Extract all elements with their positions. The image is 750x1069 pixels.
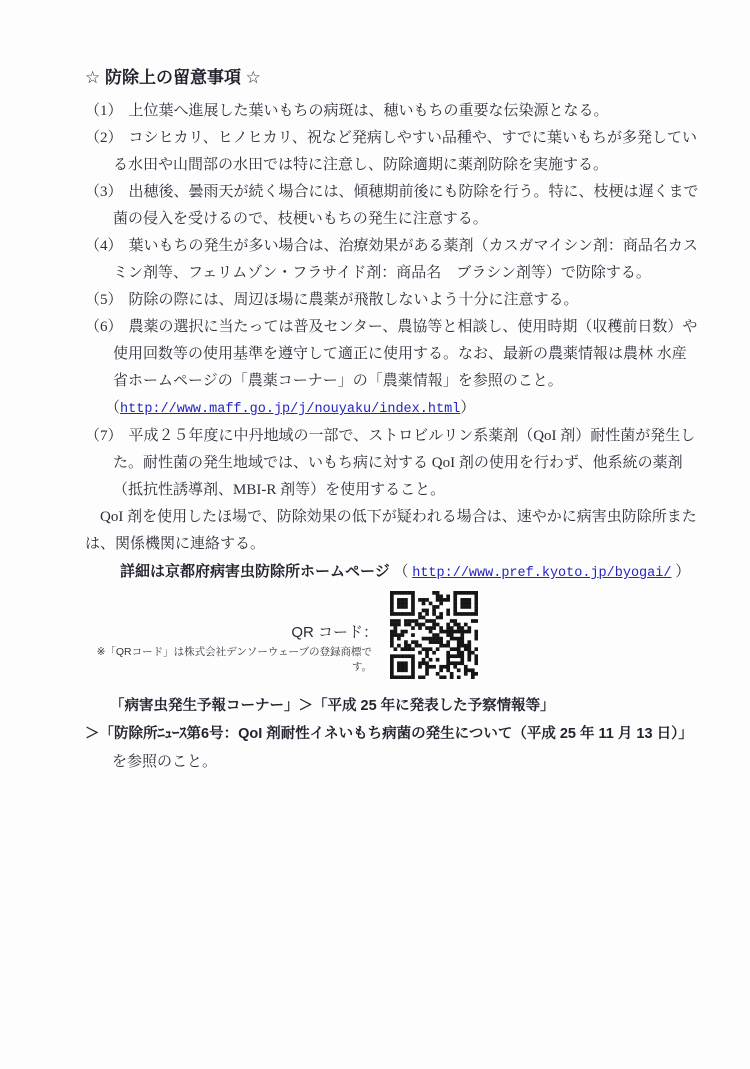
list-item-2-text: コシヒカリ、ヒノヒカリ、祝など発病しやすい品種や、すでに葉いもちが多発している水… [113, 130, 697, 173]
list-item-1: （1）上位葉へ進展した葉いもちの病斑は、穂いもちの重要な伝染源となる。 [113, 98, 700, 125]
list-item-2-marker: （2） [85, 130, 123, 146]
footer-reference-line1: 「病害虫発生予報コーナー」＞「平成 25 年に発表した予察情報等」 [110, 692, 700, 720]
document-content: ☆ 防除上の留意事項 ☆ （1）上位葉へ進展した葉いもちの病斑は、穂いもちの重要… [0, 0, 750, 776]
list-item-5-marker: （5） [85, 292, 123, 308]
kyoto-byogai-link[interactable]: http://www.pref.kyoto.jp/byogai/ [412, 566, 671, 581]
qr-section: QR コード： ※「QRコード」は株式会社デンソーウェーブの登録商標です。 [85, 591, 700, 679]
details-line: 詳細は京都府病害虫防除所ホームページ （ http://www.pref.kyo… [120, 558, 700, 587]
list-item-4-text: 葉いもちの発生が多い場合は、治療効果がある薬剤（カスガマイシン剤：商品名カスミン… [113, 238, 698, 281]
page-title: ☆ 防除上の留意事項 ☆ [85, 66, 700, 90]
list-item-7-text: 平成２５年度に中丹地域の一部で、ストロビルリン系薬剤（QoI 剤）耐性菌が発生し… [113, 428, 695, 498]
maff-link-paren-open: （ [105, 400, 120, 416]
details-label: 詳細は京都府病害虫防除所ホームページ [120, 563, 390, 580]
list-item-6: （6）農薬の選択に当たっては普及センター、農協等と相談し、使用時期（収穫前日数）… [113, 314, 700, 423]
list-item-1-marker: （1） [85, 103, 123, 119]
list-item-6-text: 農薬の選択に当たっては普及センター、農協等と相談し、使用時期（収穫前日数）や使用… [113, 319, 697, 389]
list-item-2: （2）コシヒカリ、ヒノヒカリ、祝など発病しやすい品種や、すでに葉いもちが多発して… [113, 125, 700, 179]
list-item-4: （4）葉いもちの発生が多い場合は、治療効果がある薬剤（カスガマイシン剤：商品名カ… [113, 233, 700, 287]
qr-code-icon [390, 591, 478, 679]
footer-references: 「病害虫発生予報コーナー」＞「平成 25 年に発表した予察情報等」 ＞「防除所ﾆ… [85, 692, 700, 776]
list-item-3: （3）出穂後、曇雨天が続く場合には、傾穂期前後にも防除を行う。特に、枝梗は遅くま… [113, 179, 700, 233]
details-paren-close: ） [671, 564, 690, 580]
qr-left-column: QR コード： ※「QRコード」は株式会社デンソーウェーブの登録商標です。 [85, 621, 390, 679]
list-item-7-paragraph2: QoI 剤を使用したほ場で、防除効果の低下が疑われる場合は、速やかに病害虫防除所… [85, 504, 700, 558]
qr-code-label: QR コード： [85, 621, 390, 645]
list-item-4-marker: （4） [85, 238, 123, 254]
list-item-6-marker: （6） [85, 319, 123, 335]
maff-pesticide-link[interactable]: http://www.maff.go.jp/j/nouyaku/index.ht… [120, 402, 460, 417]
footer-reference-line2: ＞「防除所ﾆｭｰｽ第6号：QoI 剤耐性イネいもち病菌の発生について（平成 25… [85, 720, 700, 748]
maff-link-line: （http://www.maff.go.jp/j/nouyaku/index.h… [105, 395, 700, 423]
document-page: ☆ 防除上の留意事項 ☆ （1）上位葉へ進展した葉いもちの病斑は、穂いもちの重要… [0, 0, 750, 1069]
footer-reference-line3: を参照のこと。 [112, 748, 700, 776]
qr-trademark-note: ※「QRコード」は株式会社デンソーウェーブの登録商標です。 [85, 645, 390, 675]
list-item-7: （7）平成２５年度に中丹地域の一部で、ストロビルリン系薬剤（QoI 剤）耐性菌が… [113, 423, 700, 504]
list-item-5-text: 防除の際には、周辺ほ場に農薬が飛散しないよう十分に注意する。 [129, 292, 579, 308]
list-item-3-text: 出穂後、曇雨天が続く場合には、傾穂期前後にも防除を行う。特に、枝梗は遅くまで菌の… [113, 184, 699, 227]
list-item-3-marker: （3） [85, 184, 123, 200]
details-paren-open: （ [393, 564, 412, 580]
list-item-1-text: 上位葉へ進展した葉いもちの病斑は、穂いもちの重要な伝染源となる。 [129, 103, 609, 119]
maff-link-paren-close: ） [460, 400, 475, 416]
list-item-7-marker: （7） [85, 428, 123, 444]
list-item-5: （5）防除の際には、周辺ほ場に農薬が飛散しないよう十分に注意する。 [113, 287, 700, 314]
